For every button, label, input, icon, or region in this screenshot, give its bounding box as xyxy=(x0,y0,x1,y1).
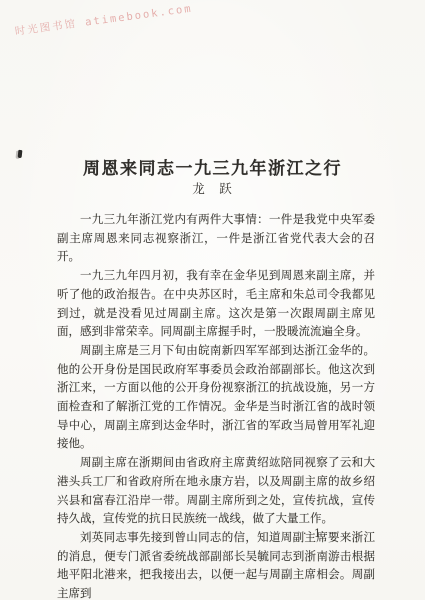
article-author: 龙 跃 xyxy=(0,179,425,197)
article-title: 周恩来同志一九三九年浙江之行 xyxy=(0,154,425,179)
page-number: · 1 · xyxy=(0,527,334,540)
scanned-book-page: 时光图书馆 atimebook.com 周恩来同志一九三九年浙江之行 龙 跃 一… xyxy=(0,0,425,600)
paragraph: 一九三九年浙江党内有两件大事情：一件是我党中央军委副主席周恩来同志视察浙江，一件… xyxy=(57,211,375,267)
paragraph: 一九三九年四月初，我有幸在金华见到周恩来副主席，并听了他的政治报告。在中央苏区时… xyxy=(57,267,375,342)
paragraph: 周副主席是三月下旬由皖南新四军军部到达浙江金华的。他的公开身份是国民政府军事委员… xyxy=(57,342,375,454)
paragraph: 周副主席在浙期间由省政府主席黄绍竑陪同视察了云和大港头兵工厂和省政府所在地永康方… xyxy=(57,454,375,529)
library-watermark: 时光图书馆 atimebook.com xyxy=(14,1,193,39)
article-body: 一九三九年浙江党内有两件大事情：一件是我党中央军委副主席周恩来同志视察浙江，一件… xyxy=(57,211,375,600)
